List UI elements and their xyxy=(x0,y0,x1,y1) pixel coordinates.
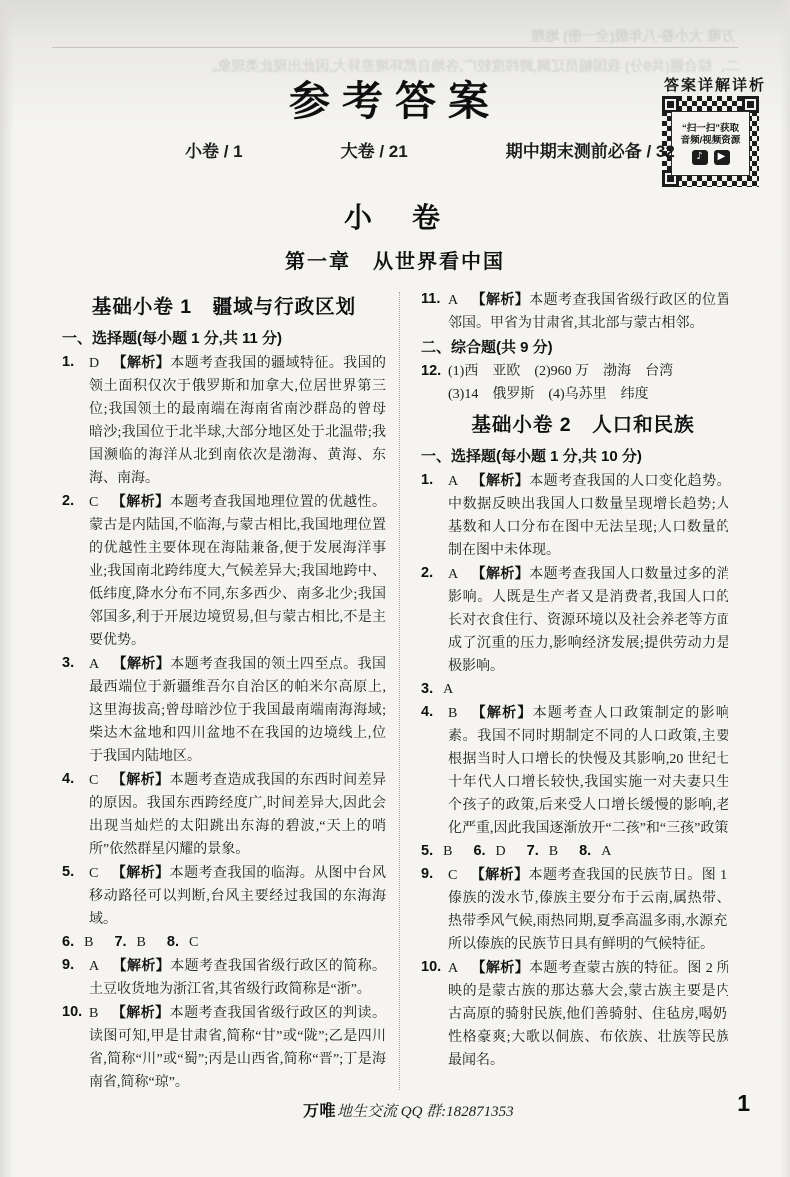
item-number: 7. xyxy=(527,843,539,859)
item-body: A【解析】本题考查我国省级行政区的简称。土豆收货地为浙江省,其省级行政简称是“浙… xyxy=(89,954,386,1001)
bleed-through-rule xyxy=(52,47,738,48)
qr-code: “扫一扫”获取 音频/视频资源 ♪▶ xyxy=(662,96,759,187)
answer-letter: A xyxy=(448,961,458,976)
volume-title: 小 卷 xyxy=(0,196,790,236)
answer-item: 9.A【解析】本题考查我国省级行政区的简称。土豆收货地为浙江省,其省级行政简称是… xyxy=(62,954,386,1001)
explanation-text: 本题考查蒙古族的特征。图 2 所反映的是蒙古族的那达慕大会,蒙古族主要是内蒙古高… xyxy=(448,961,728,1068)
answer-letter: A xyxy=(443,682,453,697)
answers-row: 6.B7.B8.C xyxy=(62,931,386,954)
item-body: A【解析】本题考查我国人口数量过多的消极影响。人既是生产者又是消费者,我国人口的… xyxy=(448,562,728,678)
left-column: 基础小卷 1 疆域与行政区划一、选择题(每小题 1 分,共 11 分)1.D【解… xyxy=(62,288,386,1094)
item-body: C【解析】本题考查我国的民族节日。图 1 为傣族的泼水节,傣族主要分布于云南,属… xyxy=(448,863,728,956)
scan-left-shadow xyxy=(0,0,14,1177)
item-number: 12. xyxy=(421,360,448,406)
item-number: 6. xyxy=(473,843,485,859)
analysis-label: 【解析】 xyxy=(111,864,169,880)
brand-logo: 万唯 xyxy=(303,1103,336,1120)
section-heading: 基础小卷 2 人口和民族 xyxy=(421,409,728,437)
section-heading: 基础小卷 1 疆域与行政区划 xyxy=(62,291,386,319)
answer-letter: A xyxy=(448,474,458,489)
explanation-text: 本题考查我国的疆域特征。我国的领土面积仅次于俄罗斯和加拿大,位居世界第三位;我国… xyxy=(89,356,386,486)
answer-pair: 8.C xyxy=(167,935,198,950)
answer-pair: 5.B xyxy=(421,844,452,859)
column-divider xyxy=(399,292,401,1090)
answer-letter: B xyxy=(443,844,452,859)
analysis-label: 【解析】 xyxy=(112,354,170,370)
answer-item: 10.B【解析】本题考查我国省级行政区的判读。读图可知,甲是甘肃省,简称“甘”或… xyxy=(62,1001,386,1094)
analysis-label: 【解析】 xyxy=(111,771,169,787)
item-body: A【解析】本题考查我国的人口变化趋势。图中数据反映出我国人口数量呈现增长趋势;人… xyxy=(448,469,728,562)
item-number: 2. xyxy=(421,562,448,678)
answer-pair: 7.B xyxy=(114,935,145,950)
answers-row: 3.A xyxy=(421,678,728,701)
scanned-answer-page: 万唯 大小卷·八年级(全一册) 地理 二、综合题(共9分) 我国幅员辽阔,跨纬度… xyxy=(0,0,790,1177)
right-column: 11.A【解析】本题考查我国省级行政区的位置及邻国。甲省为甘肃省,其北部与蒙古相… xyxy=(421,288,728,1094)
item-body: C【解析】本题考查造成我国的东西时间差异的原因。我国东西跨经度广,时间差异大,因… xyxy=(89,768,386,861)
analysis-label: 【解析】 xyxy=(471,565,529,581)
answer-letter: C xyxy=(89,866,98,881)
answer-line: (3)14 俄罗斯 (4)乌苏里 纬度 xyxy=(448,383,728,406)
explanation-text: 本题考查我国人口数量过多的消极影响。人既是生产者又是消费者,我国人口的增长对衣食… xyxy=(448,567,728,674)
answer-letter: C xyxy=(448,868,457,883)
answer-item: 2.C【解析】本题考查我国地理位置的优越性。蒙古是内陆国,不临海,与蒙古相比,我… xyxy=(62,490,386,652)
item-number: 1. xyxy=(62,351,89,490)
answer-letter: D xyxy=(89,356,99,371)
answer-item: 11.A【解析】本题考查我国省级行政区的位置及邻国。甲省为甘肃省,其北部与蒙古相… xyxy=(421,288,728,335)
item-body: A【解析】本题考查我国省级行政区的位置及邻国。甲省为甘肃省,其北部与蒙古相邻。 xyxy=(448,288,728,335)
item-body: B【解析】本题考查人口政策制定的影响因素。我国不同时期制定不同的人口政策,主要是… xyxy=(448,701,728,840)
answer-item: 9.C【解析】本题考查我国的民族节日。图 1 为傣族的泼水节,傣族主要分布于云南… xyxy=(421,863,728,956)
answer-item: 3.A【解析】本题考查我国的领土四至点。我国最西端位于新疆维吾尔自治区的帕米尔高… xyxy=(62,652,386,768)
answer-item: 1.D【解析】本题考查我国的疆域特征。我国的领土面积仅次于俄罗斯和加拿大,位居世… xyxy=(62,351,386,490)
analysis-label: 【解析】 xyxy=(470,704,532,720)
explanation-text: 本题考查人口政策制定的影响因素。我国不同时期制定不同的人口政策,主要是根据当时人… xyxy=(448,706,728,836)
answers-row-body: 5.B6.D7.B8.A xyxy=(421,840,728,863)
item-number: 4. xyxy=(62,768,89,861)
answer-columns: 基础小卷 1 疆域与行政区划一、选择题(每小题 1 分,共 11 分)1.D【解… xyxy=(62,288,728,1094)
answer-letter: A xyxy=(89,657,99,672)
answers-subtitle: 答案详解详析 xyxy=(664,74,766,95)
item-body: A【解析】本题考查蒙古族的特征。图 2 所反映的是蒙古族的那达慕大会,蒙古族主要… xyxy=(448,956,728,1072)
answer-letter: C xyxy=(89,773,98,788)
answer-letter: B xyxy=(549,844,558,859)
item-number: 9. xyxy=(62,954,89,1001)
answer-item: 10.A【解析】本题考查蒙古族的特征。图 2 所反映的是蒙古族的那达慕大会,蒙古… xyxy=(421,956,728,1072)
answer-item: 4.C【解析】本题考查造成我国的东西时间差异的原因。我国东西跨经度广,时间差异大… xyxy=(62,768,386,861)
answers-row-body: 3.A xyxy=(421,678,728,701)
item-number: 6. xyxy=(62,934,74,950)
page-number: 1 xyxy=(737,1090,750,1117)
item-body: C【解析】本题考查我国的临海。从图中台风移动路径可以判断,台风主要经过我国的东海… xyxy=(89,861,386,931)
qr-media-icons: ♪▶ xyxy=(689,150,733,165)
qr-resource-text: 音频/视频资源 xyxy=(681,135,741,147)
scan-right-shadow xyxy=(780,0,790,1177)
answer-line: (1)西 亚欧 (2)960 万 渤海 台湾 xyxy=(448,360,728,383)
analysis-label: 【解析】 xyxy=(111,1004,169,1020)
answer-letter: B xyxy=(89,1006,98,1021)
item-number: 8. xyxy=(579,843,591,859)
item-body: C【解析】本题考查我国地理位置的优越性。蒙古是内陆国,不临海,与蒙古相比,我国地… xyxy=(89,490,386,652)
qr-label: “扫一扫”获取 音频/视频资源 ♪▶ xyxy=(671,111,750,176)
answer-letter: B xyxy=(448,706,457,721)
answers-row: 5.B6.D7.B8.A xyxy=(421,840,728,863)
answer-letter: D xyxy=(496,844,506,859)
video-file-icon: ▶ xyxy=(714,150,730,165)
answer-letter: A xyxy=(601,844,611,859)
item-number: 3. xyxy=(62,652,89,768)
answer-pair: 3.A xyxy=(421,682,453,697)
item-body: A【解析】本题考查我国的领土四至点。我国最西端位于新疆维吾尔自治区的帕米尔高原上… xyxy=(89,652,386,768)
item-number: 10. xyxy=(421,956,448,1072)
analysis-label: 【解析】 xyxy=(471,959,529,975)
item-number: 11. xyxy=(421,288,448,335)
contents-entry: 大卷 / 21 xyxy=(341,137,408,162)
answer-letter: B xyxy=(137,935,146,950)
item-body: (1)西 亚欧 (2)960 万 渤海 台湾(3)14 俄罗斯 (4)乌苏里 纬… xyxy=(448,360,728,406)
answer-letter: B xyxy=(84,935,93,950)
analysis-label: 【解析】 xyxy=(471,472,529,488)
answer-item: 1.A【解析】本题考查我国的人口变化趋势。图中数据反映出我国人口数量呈现增长趋势… xyxy=(421,469,728,562)
analysis-label: 【解析】 xyxy=(112,957,170,973)
question-type-heading: 一、选择题(每小题 1 分,共 11 分) xyxy=(62,326,386,351)
footer-contact: 万唯地生交流 QQ 群:182871353 xyxy=(303,1098,514,1121)
item-number: 7. xyxy=(114,934,126,950)
answer-item: 2.A【解析】本题考查我国人口数量过多的消极影响。人既是生产者又是消费者,我国人… xyxy=(421,562,728,678)
answer-letter: C xyxy=(89,495,98,510)
question-type-heading: 一、选择题(每小题 1 分,共 10 分) xyxy=(421,444,728,469)
answer-item: 5.C【解析】本题考查我国的临海。从图中台风移动路径可以判断,台风主要经过我国的… xyxy=(62,861,386,931)
item-number: 10. xyxy=(62,1001,89,1094)
question-type-heading: 二、综合题(共 9 分) xyxy=(421,335,728,360)
explanation-text: 本题考查我国地理位置的优越性。蒙古是内陆国,不临海,与蒙古相比,我国地理位置的优… xyxy=(89,495,386,648)
chapter-title: 第一章 从世界看中国 xyxy=(0,245,790,274)
item-number: 8. xyxy=(167,934,179,950)
analysis-label: 【解析】 xyxy=(111,493,169,509)
item-number: 9. xyxy=(421,863,448,956)
answer-letter: A xyxy=(448,293,458,308)
item-number: 1. xyxy=(421,469,448,562)
answer-pair: 6.B xyxy=(62,935,93,950)
audio-note-icon: ♪ xyxy=(692,150,708,165)
answer-item: 12.(1)西 亚欧 (2)960 万 渤海 台湾(3)14 俄罗斯 (4)乌苏… xyxy=(421,360,728,406)
item-number: 5. xyxy=(421,843,433,859)
item-number: 5. xyxy=(62,861,89,931)
qq-group-text: 地生交流 QQ 群:182871353 xyxy=(337,1104,514,1120)
analysis-label: 【解析】 xyxy=(471,291,529,307)
item-number: 3. xyxy=(421,681,433,697)
answer-item: 4.B【解析】本题考查人口政策制定的影响因素。我国不同时期制定不同的人口政策,主… xyxy=(421,701,728,840)
contents-entry: 小卷 / 1 xyxy=(185,137,243,162)
item-number: 2. xyxy=(62,490,89,652)
answer-pair: 6.D xyxy=(473,844,505,859)
answer-letter: C xyxy=(189,935,198,950)
explanation-text: 本题考查我国的领土四至点。我国最西端位于新疆维吾尔自治区的帕米尔高原上,这里海拔… xyxy=(89,657,386,764)
analysis-label: 【解析】 xyxy=(112,655,170,671)
item-number: 4. xyxy=(421,701,448,840)
answer-pair: 8.A xyxy=(579,844,611,859)
item-body: B【解析】本题考查我国省级行政区的判读。读图可知,甲是甘肃省,简称“甘”或“陇”… xyxy=(89,1001,386,1094)
answer-letter: A xyxy=(89,959,99,974)
item-body: D【解析】本题考查我国的疆域特征。我国的领土面积仅次于俄罗斯和加拿大,位居世界第… xyxy=(89,351,386,490)
answers-row-body: 6.B7.B8.C xyxy=(62,931,386,954)
contents-entry: 期中期末测前必备 / 32 xyxy=(506,137,675,162)
analysis-label: 【解析】 xyxy=(470,866,528,882)
qr-scan-text: “扫一扫”获取 xyxy=(682,123,739,135)
contents-nav: 小卷 / 1大卷 / 21期中期末测前必备 / 32 xyxy=(185,137,675,162)
answer-letter: A xyxy=(448,567,458,582)
answer-pair: 7.B xyxy=(527,844,558,859)
